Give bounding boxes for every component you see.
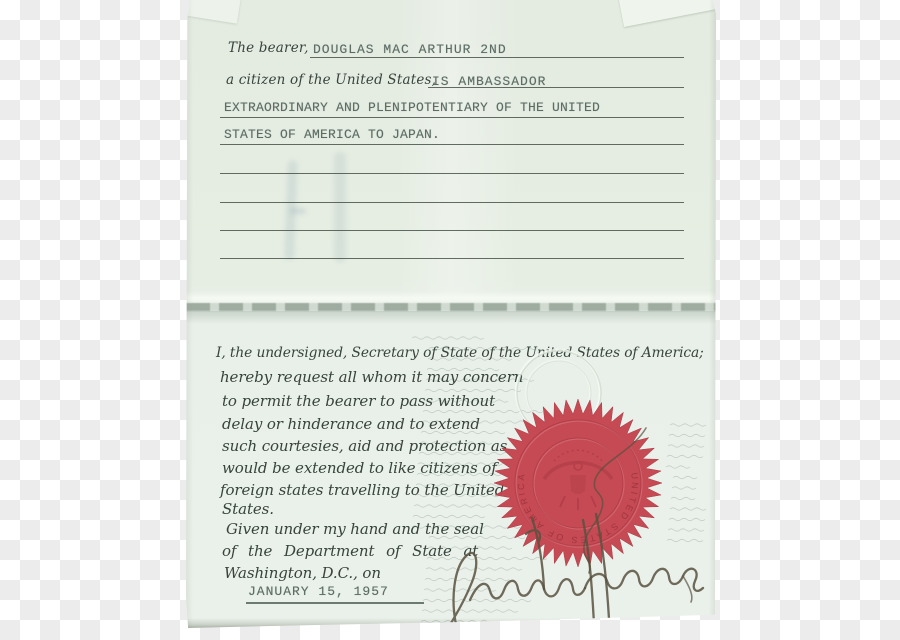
passport-document-page: The bearer, DOUGLAS MAC ARTHUR 2ND a cit… <box>186 0 716 628</box>
paper-edge-shading <box>186 0 716 628</box>
paper-bottom-edge <box>186 618 716 628</box>
transparent-checker-background: The bearer, DOUGLAS MAC ARTHUR 2ND a cit… <box>0 0 900 640</box>
